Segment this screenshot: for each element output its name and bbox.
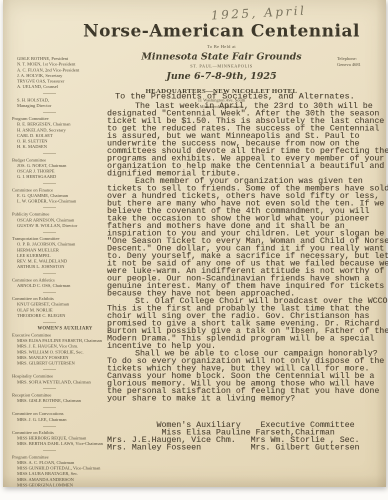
sidebar-section: Committee on Athletics ARNOLD C. OSS, Ch…: [12, 273, 118, 288]
committee-members: ARNOLD C. OSS, Chairman: [12, 283, 118, 289]
sidebar-section: Committee on Convocations MRS. J. G. LEE…: [12, 407, 118, 422]
committee-members: MRS. SOFIA WEYTELAND, Chairman: [12, 379, 118, 385]
committee-member-line: MISS GEORGINA LOMMEN: [12, 482, 118, 488]
committee-members: MISS ELISA PAULINE FARSETH, ChairmanMRS.…: [12, 338, 118, 366]
committee-member-line: ARTHUR L. JOHNSTON: [12, 264, 118, 270]
section-divider: [43, 407, 56, 408]
sidebar-section: Committee on Exhibits MISS HERBORG REQUE…: [12, 426, 118, 447]
signature-block: Women's Auxiliary Executive Committee Mi…: [107, 421, 388, 451]
sidebar-section: S. H. HOLSTAD,Managing Director: [12, 93, 118, 108]
committee-members: B. E. BERGESEN, ChairmanH. ASKELAND, Sec…: [12, 122, 118, 150]
committee-member-line: MRS. SOFIA WEYTELAND, Chairman: [12, 379, 118, 385]
held-at-line: To Be Held at: [30, 44, 388, 49]
committee-member-line: G. I. HERTSGAARD: [12, 174, 118, 180]
committee-member-line: H. K. MADSEN: [12, 144, 118, 150]
section-divider: [43, 208, 56, 209]
committee-members: MRS. GISLE BOTHNE, Chairman: [12, 398, 118, 404]
sidebar-section: WOMEN'S AUXILIARY Executive Committee MI…: [12, 322, 118, 366]
letter-paragraph: Shall we be able to close our campaign h…: [107, 350, 388, 403]
committee-members: O. P. B. JACOBSON, ChairmanHERMAN MUELLE…: [12, 242, 118, 270]
committee-members: JOS. G. NOEST, ChairmanOSCAR J. THORPEG.…: [12, 163, 118, 180]
section-divider: [43, 112, 56, 113]
letter-paper: 1925, April Norse-American Centennial To…: [3, 0, 386, 487]
committee-members: GISLE BOTHNE, PresidentN. T. MOEN, 1st V…: [12, 56, 118, 90]
committee-members: S. H. HOLSTAD,Managing Director: [12, 97, 118, 108]
section-divider: [43, 93, 56, 94]
committee-member-line: MRS. BERTHA DAHL LAWS, Vice-Chairman: [12, 441, 118, 447]
letter-paragraph: Each member of your organization was giv…: [107, 177, 388, 297]
sidebar-section: Budget Committee JOS. G. NOEST, Chairman…: [12, 153, 118, 180]
sidebar-section: Transportation Committee O. P. B. JACOBS…: [12, 232, 118, 270]
committee-members: MRS. J. G. LEE, Chairman: [12, 417, 118, 423]
signature-line: Mrs. Manley Fosseen Mrs. Gilbert Gutters…: [107, 444, 388, 452]
committee-member-line: Managing Director: [12, 103, 118, 109]
section-divider: [43, 292, 56, 293]
sidebar-section: Committee on Exhibits KNUT GJERSET, Chai…: [12, 292, 118, 319]
section-divider: [43, 273, 56, 274]
handwritten-date-note: 1925, April: [211, 4, 307, 23]
committee-member-line: MRS. GISLE BOTHNE, Chairman: [12, 398, 118, 404]
page-title: Norse-American Centennial: [30, 21, 388, 41]
section-divider: [43, 450, 56, 451]
committee-member-line: MRS. GILBERT GUTTERSEN: [12, 361, 118, 367]
section-divider: [43, 388, 56, 389]
committee-members: MRS. A. C. FLOAN, ChairmanMISS GUNHILD O…: [12, 460, 118, 488]
committee-members: MISS HERBORG REQUE, ChairmanMRS. BERTHA …: [12, 436, 118, 447]
sidebar-section: Hospitality Committee MRS. SOFIA WEYTELA…: [12, 370, 118, 385]
sidebar-section: Publicity Committee OSCAR ARNESON, Chair…: [12, 208, 118, 229]
committee-member-line: ARNOLD C. OSS, Chairman: [12, 283, 118, 289]
committee-member-line: L. W. GORDER, Vice-Chairman: [12, 199, 118, 205]
salutation: To the Presidents of Societies, and Alte…: [107, 93, 388, 101]
paragraphs: The last week in April, the 23rd to 30th…: [107, 102, 388, 402]
committee-member-line: MRS. J. G. LEE, Chairman: [12, 417, 118, 423]
telephone-number: Geneva 4681: [337, 62, 382, 68]
sidebar-section: Program Committee B. E. BERGESEN, Chairm…: [12, 112, 118, 150]
sidebar-section: Committee on Finance E. G. QUAMME, Chair…: [12, 183, 118, 204]
committee-members: KNUT GJERSET, ChairmanOLAF M. NORLIETHEO…: [12, 302, 118, 319]
section-divider: [43, 322, 56, 323]
sidebar-section: Reception Committee MRS. GISLE BOTHNE, C…: [12, 388, 118, 403]
officer-committee-column: GISLE BOTHNE, PresidentN. T. MOEN, 1st V…: [12, 56, 118, 488]
scanned-letter-page: { "annotation": "1925, April", "letterhe…: [0, 0, 388, 500]
committee-members: OSCAR ARNESON, ChairmanGUSTAV B. WOLLAN,…: [12, 217, 118, 228]
sidebar-heading: WOMEN'S AUXILIARY: [12, 326, 118, 332]
committee-members: E. G. QUAMME, ChairmanL. W. GORDER, Vice…: [12, 193, 118, 204]
section-divider: [43, 183, 56, 184]
letter-paragraph: The last week in April, the 23rd to 30th…: [107, 102, 388, 177]
letter-body: To the Presidents of Societies, and Alte…: [107, 93, 388, 451]
committee-member-line: THEODORE C. BLEGEN: [12, 313, 118, 319]
letter-paragraph: St. Olaf College Choir will broadcast ov…: [107, 297, 388, 350]
committee-member-line: A. UELAND, Counsel: [12, 84, 118, 90]
section-divider: [43, 426, 56, 427]
telephone-block: Telephone: Geneva 4681: [307, 56, 382, 68]
section-divider: [43, 370, 56, 371]
sidebar-section: GISLE BOTHNE, PresidentN. T. MOEN, 1st V…: [12, 56, 118, 90]
committee-member-line: GUSTAV B. WOLLAN, Director: [12, 223, 118, 229]
sidebar-section: Program Committee MRS. A. C. FLOAN, Chai…: [12, 450, 118, 488]
section-divider: [43, 232, 56, 233]
section-divider: [43, 153, 56, 154]
